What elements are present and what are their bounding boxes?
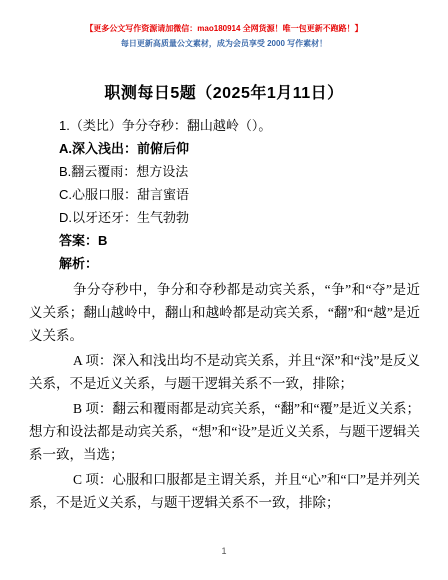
question-block: 1.（类比）争分夺秒：翻山越岭（）。 A.深入浅出：前俯后仰 B.翻云覆雨：想方… <box>29 114 420 514</box>
analysis-paragraph-intro: 争分夺秒中，争分和夺秒都是动宾关系，“争”和“夺”是近义关系；翻山越岭中，翻山和… <box>29 278 420 347</box>
ad-banner-line2: 每日更新高质量公文素材，成为会员享受 2000 写作素材！ <box>0 38 448 49</box>
page-title: 职测每日5题（2025年1月11日） <box>20 83 428 105</box>
analysis-paragraph-option-a: A 项：深入和浅出均不是动宾关系，并且“深”和“浅”是反义关系，不是近义关系，与… <box>29 349 420 395</box>
analysis-section: 争分夺秒中，争分和夺秒都是动宾关系，“争”和“夺”是近义关系；翻山越岭中，翻山和… <box>29 278 420 514</box>
analysis-paragraph-option-b: B 项：翻云和覆雨都是动宾关系，“翻”和“覆”是近义关系；想方和设法都是动宾关系… <box>29 397 420 466</box>
analysis-label: 解析： <box>29 252 420 275</box>
option-d: D.以牙还牙：生气勃勃 <box>29 206 420 229</box>
document-page: 【更多公文写作资源请加微信：mao180914 全网货源！唯一包更新不跑路！】 … <box>0 0 448 580</box>
analysis-paragraph-option-c: C 项：心服和口服都是主谓关系，并且“心”和“口”是并列关系，不是近义关系，与题… <box>29 468 420 514</box>
question-stem: 1.（类比）争分夺秒：翻山越岭（）。 <box>29 114 420 137</box>
page-number: 1 <box>0 546 448 556</box>
answer-line: 答案：B <box>29 229 420 252</box>
option-b: B.翻云覆雨：想方设法 <box>29 160 420 183</box>
option-a: A.深入浅出：前俯后仰 <box>29 137 420 160</box>
option-c: C.心服口服：甜言蜜语 <box>29 183 420 206</box>
ad-banner-line1: 【更多公文写作资源请加微信：mao180914 全网货源！唯一包更新不跑路！】 <box>0 0 448 34</box>
